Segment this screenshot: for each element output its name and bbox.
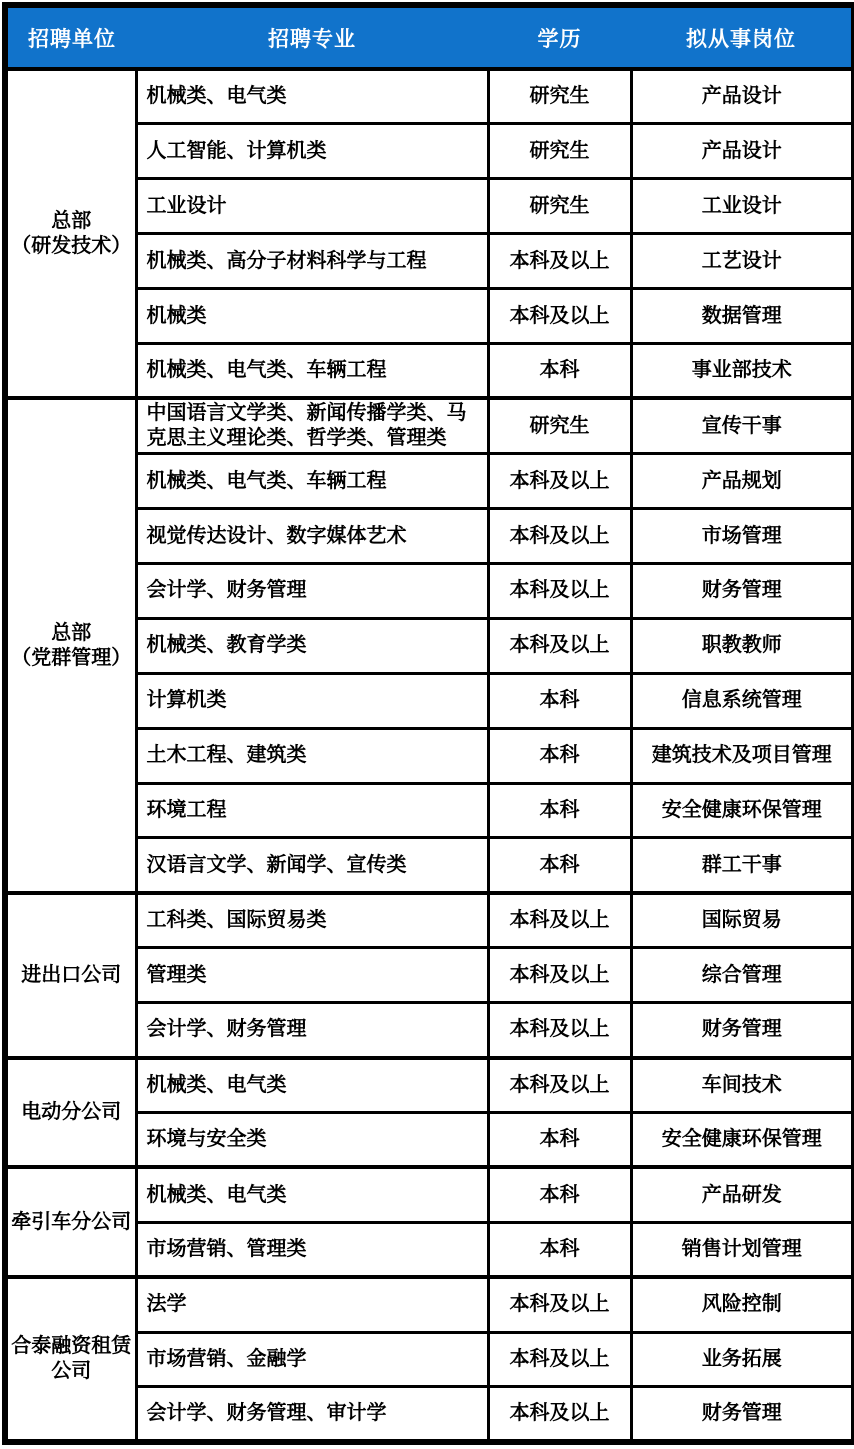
table-row: 合泰融资租赁 公司法学本科及以上风险控制	[5, 1277, 854, 1332]
major-cell: 工科类、国际贸易类	[136, 893, 488, 948]
position-cell: 工艺设计	[631, 234, 854, 289]
major-cell: 市场营销、管理类	[136, 1222, 488, 1277]
recruitment-table: 招聘单位 招聘专业 学历 拟从事岗位 总部 （研发技术）机械类、电气类研究生产品…	[2, 2, 854, 1445]
degree-cell: 本科	[488, 1222, 631, 1277]
header-row: 招聘单位 招聘专业 学历 拟从事岗位	[5, 5, 854, 69]
degree-cell: 研究生	[488, 179, 631, 234]
major-cell: 机械类、教育学类	[136, 618, 488, 673]
position-cell: 综合管理	[631, 948, 854, 1003]
position-cell: 工业设计	[631, 179, 854, 234]
degree-cell: 本科	[488, 1167, 631, 1222]
degree-cell: 本科及以上	[488, 893, 631, 948]
table-row: 电动分公司机械类、电气类本科及以上车间技术	[5, 1058, 854, 1113]
major-cell: 管理类	[136, 948, 488, 1003]
degree-cell: 本科及以上	[488, 618, 631, 673]
position-cell: 信息系统管理	[631, 673, 854, 728]
position-cell: 群工干事	[631, 838, 854, 893]
recruitment-table-page: 招聘单位 招聘专业 学历 拟从事岗位 总部 （研发技术）机械类、电气类研究生产品…	[0, 0, 854, 1449]
major-cell: 机械类、电气类	[136, 1058, 488, 1113]
major-cell: 会计学、财务管理	[136, 1003, 488, 1058]
degree-cell: 本科及以上	[488, 289, 631, 344]
degree-cell: 本科及以上	[488, 1277, 631, 1332]
position-cell: 职教教师	[631, 618, 854, 673]
position-cell: 业务拓展	[631, 1332, 854, 1387]
major-cell: 视觉传达设计、数字媒体艺术	[136, 509, 488, 564]
major-cell: 机械类、电气类、车辆工程	[136, 343, 488, 398]
unit-cell: 总部 （研发技术）	[5, 69, 136, 398]
degree-cell: 本科	[488, 838, 631, 893]
position-cell: 产品研发	[631, 1167, 854, 1222]
degree-cell: 本科及以上	[488, 1387, 631, 1442]
major-cell: 中国语言文学类、新闻传播学类、马克思主义理论类、哲学类、管理类	[136, 398, 488, 453]
unit-cell: 牵引车分公司	[5, 1167, 136, 1277]
column-header-position: 拟从事岗位	[631, 5, 854, 69]
degree-cell: 本科及以上	[488, 1332, 631, 1387]
degree-cell: 本科及以上	[488, 564, 631, 619]
major-cell: 法学	[136, 1277, 488, 1332]
degree-cell: 本科及以上	[488, 454, 631, 509]
position-cell: 销售计划管理	[631, 1222, 854, 1277]
major-cell: 汉语言文学、新闻学、宣传类	[136, 838, 488, 893]
major-cell: 机械类	[136, 289, 488, 344]
major-cell: 人工智能、计算机类	[136, 124, 488, 179]
position-cell: 产品设计	[631, 69, 854, 124]
position-cell: 市场管理	[631, 509, 854, 564]
table-row: 牵引车分公司机械类、电气类本科产品研发	[5, 1167, 854, 1222]
position-cell: 宣传干事	[631, 398, 854, 453]
position-cell: 财务管理	[631, 1003, 854, 1058]
position-cell: 产品规划	[631, 454, 854, 509]
degree-cell: 本科	[488, 343, 631, 398]
degree-cell: 研究生	[488, 69, 631, 124]
degree-cell: 本科	[488, 1112, 631, 1167]
major-cell: 机械类、电气类、车辆工程	[136, 454, 488, 509]
position-cell: 财务管理	[631, 564, 854, 619]
position-cell: 数据管理	[631, 289, 854, 344]
major-cell: 工业设计	[136, 179, 488, 234]
position-cell: 事业部技术	[631, 343, 854, 398]
table-row: 进出口公司工科类、国际贸易类本科及以上国际贸易	[5, 893, 854, 948]
major-cell: 会计学、财务管理	[136, 564, 488, 619]
degree-cell: 本科	[488, 728, 631, 783]
major-cell: 环境工程	[136, 783, 488, 838]
degree-cell: 本科及以上	[488, 948, 631, 1003]
major-cell: 市场营销、金融学	[136, 1332, 488, 1387]
unit-cell: 电动分公司	[5, 1058, 136, 1168]
degree-cell: 本科及以上	[488, 234, 631, 289]
degree-cell: 本科及以上	[488, 509, 631, 564]
major-cell: 计算机类	[136, 673, 488, 728]
degree-cell: 本科及以上	[488, 1003, 631, 1058]
degree-cell: 研究生	[488, 398, 631, 453]
major-cell: 会计学、财务管理、审计学	[136, 1387, 488, 1442]
position-cell: 安全健康环保管理	[631, 783, 854, 838]
position-cell: 车间技术	[631, 1058, 854, 1113]
position-cell: 风险控制	[631, 1277, 854, 1332]
unit-cell: 总部 （党群管理）	[5, 398, 136, 893]
position-cell: 财务管理	[631, 1387, 854, 1442]
degree-cell: 本科及以上	[488, 1058, 631, 1113]
position-cell: 安全健康环保管理	[631, 1112, 854, 1167]
major-cell: 机械类、电气类	[136, 1167, 488, 1222]
major-cell: 机械类、电气类	[136, 69, 488, 124]
degree-cell: 本科	[488, 673, 631, 728]
table-row: 总部 （党群管理）中国语言文学类、新闻传播学类、马克思主义理论类、哲学类、管理类…	[5, 398, 854, 453]
position-cell: 建筑技术及项目管理	[631, 728, 854, 783]
position-cell: 产品设计	[631, 124, 854, 179]
column-header-major: 招聘专业	[136, 5, 488, 69]
degree-cell: 本科	[488, 783, 631, 838]
unit-cell: 合泰融资租赁 公司	[5, 1277, 136, 1442]
column-header-unit: 招聘单位	[5, 5, 136, 69]
position-cell: 国际贸易	[631, 893, 854, 948]
major-cell: 土木工程、建筑类	[136, 728, 488, 783]
major-cell: 环境与安全类	[136, 1112, 488, 1167]
degree-cell: 研究生	[488, 124, 631, 179]
column-header-degree: 学历	[488, 5, 631, 69]
unit-cell: 进出口公司	[5, 893, 136, 1058]
table-row: 总部 （研发技术）机械类、电气类研究生产品设计	[5, 69, 854, 124]
major-cell: 机械类、高分子材料科学与工程	[136, 234, 488, 289]
